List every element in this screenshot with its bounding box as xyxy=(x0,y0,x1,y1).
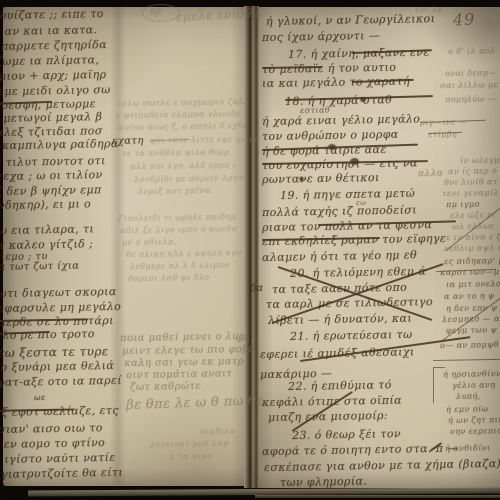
manuscript-line: αλλα xyxy=(418,169,443,179)
manuscript-line: ε τα ψιμο xyxy=(170,451,212,461)
manuscript-line: μειντ ελεγε τω πιο φοβο xyxy=(122,344,255,357)
manuscript-line: τον ανθρώπον ο μορφα xyxy=(262,128,399,143)
manuscript-line: τε τα ανάθλα ψιλα θερμ xyxy=(122,147,230,158)
manuscript-line: ωε xyxy=(34,393,46,402)
manuscript-line: ταερδε σε λυ πυτάρι xyxy=(0,314,114,329)
manuscript-line: 23. ό θεωρ ξέι τον xyxy=(292,427,401,442)
manuscript-line: γέλιο ανη xyxy=(452,380,495,390)
manuscript-line: σιαν' αισο οιω το xyxy=(0,421,103,436)
manuscript-line: καλη σαι γεω εκ ματρ xyxy=(124,356,244,369)
circled-mark xyxy=(142,4,180,22)
manuscript-line: ε φτιπαθεία ελαμπα γλωυδε xyxy=(116,109,241,120)
ink-blot xyxy=(299,177,304,181)
manuscript-line: ανδηκηρ), ει μι ο xyxy=(0,197,91,212)
manuscript-line: εμελε ενυλλε xyxy=(176,6,263,24)
strikethrough-stroke xyxy=(433,359,500,362)
manuscript-line: ή ων ζητ πιν xyxy=(448,415,500,425)
manuscript-line: ο— αν πομψθ xyxy=(440,340,499,350)
manuscript-line: τα ααρλ με σε τιλιωδεστιγο xyxy=(266,295,433,311)
manuscript-line: κεφάλι ότιπε στα οϊπία xyxy=(262,394,402,409)
manuscript-line: ς αν και ια κατα. xyxy=(0,23,98,38)
manuscript-line: τὸ μεϊδαϊε ή τον αυτιο xyxy=(262,61,396,76)
manuscript-line: ξ ιγίστο ναύτι νατίε xyxy=(0,451,116,466)
manuscript-line: καμπιλυγα ραίδηρα xyxy=(2,137,119,152)
manuscript-line: ω μετωγοί μεγαλ β xyxy=(0,110,102,125)
manuscript-line: τενι γεναμίλια xyxy=(442,188,500,198)
manuscript-line: ιφατ-αξε οτο ια παρεί xyxy=(0,374,122,389)
manuscript-line: ιτεχα ; ω οι τιλίον xyxy=(0,168,103,183)
manuscript-line: γεξ εφοτ ωελίαζε, ετς xyxy=(0,404,119,419)
manuscript-line: αν ίς περ ο xyxy=(448,166,497,176)
manuscript-line: 21. ή ερωτεύεσαι τω xyxy=(290,328,413,343)
strikethrough-stroke xyxy=(433,367,445,368)
manuscript-line: σαι λίλλω με xyxy=(440,80,498,90)
manuscript-line: ςλο xyxy=(236,335,250,343)
manuscript-line: οιντ πομάτια αναιτ xyxy=(126,368,232,381)
manuscript-line: νην εερεπιο xyxy=(450,426,500,436)
manuscript-line: εχατη xyxy=(112,135,144,147)
manuscript-line: ο παρμετε ζητηρίδα xyxy=(0,38,107,53)
manuscript-line: α τιλυτ ποντοτ οτι xyxy=(0,154,106,169)
manuscript-line: οτι διαγεωτ σκορια xyxy=(0,285,117,300)
manuscript-line: ίν ωλεγμό xyxy=(460,155,500,165)
manuscript-line: σιαδιλα xyxy=(200,426,235,436)
manuscript-line: ο μιον + αρχ; μαϊηρ xyxy=(0,68,107,83)
manuscript-line: ρωντανε αν θέτικοι xyxy=(262,171,380,186)
manuscript-line: πολλά ταχής ιζ ποποδείσι xyxy=(262,203,417,219)
manuscript-line: ια μιτ ονελο xyxy=(446,279,500,289)
manuscript-line: ες πιδηκαρ' μ xyxy=(444,256,500,266)
manuscript-line: αυτου αιως ξ, ο ασπλι δ εχθε xyxy=(118,121,248,132)
manuscript-line: εω ξεστα τε τυρε xyxy=(0,344,109,360)
manuscript-line: λεγεινατ μοδ λαψ xyxy=(150,439,229,449)
manuscript-line: εσκέπασε για ανθον με τα χήμα (βιαζα) xyxy=(264,457,500,474)
ink-blot xyxy=(350,158,359,165)
manuscript-line: πομηλύω — xyxy=(445,94,496,104)
margin-brace xyxy=(433,367,434,403)
manuscript-line: μιλο ρε πιο τροτο xyxy=(0,327,95,342)
manuscript-line: λίβετι — ή δυνατόν, και xyxy=(268,311,412,327)
manuscript-line: εμε μειδι ολιγο σω xyxy=(0,83,111,98)
manuscript-line: ια και μεγάλο το χαρατή xyxy=(262,74,410,90)
manuscript-line: λυπή, xyxy=(456,392,481,401)
manuscript-line: θαρεπι λαθ ψι δλο xyxy=(128,273,210,283)
manuscript-line: ή χαρά ειναι γέλιο μεγάλο xyxy=(262,112,420,128)
manuscript-line: θε πλικη αλλ ε οψηλη αγο xyxy=(126,248,242,259)
manuscript-line: ξ δεν β ψηίχν εμπ xyxy=(0,183,102,198)
manuscript-line: δα xyxy=(250,283,264,294)
manuscript-line: ονοι δεσμ— xyxy=(445,68,497,78)
manuscript-photo: πουίζατε ;; ειπε τος αν και ια κατα.ο πα… xyxy=(0,0,500,500)
ink-blot xyxy=(328,144,336,150)
manuscript-line: α εν αομο το φτίνο xyxy=(0,436,105,451)
manuscript-line: ο γιατρυτζοίτε θα είτι xyxy=(0,466,123,481)
manuscript-line: το ξυνάρι μεα θελιά xyxy=(0,359,114,374)
manuscript-line: να τωτ ζωτ ίχια xyxy=(0,260,79,273)
manuscript-line: ζωτ καθρώτε xyxy=(130,381,201,393)
manuscript-line: ή εμν οϊω xyxy=(446,404,488,414)
manuscript-line: ιπλω σωτλε ε σαχμωρια ζαλλ xyxy=(118,97,249,108)
manuscript-line: 22. ή επιθύμια τό xyxy=(288,378,392,393)
manuscript-line: ξτ καλεο γίτζιδ ; xyxy=(0,237,93,252)
manuscript-line: ε ιν αϊνα ε ξ xyxy=(446,232,500,242)
manuscript-line: μιαζη ενα μισομοίρ: xyxy=(268,409,388,424)
manuscript-line: πος ίχαν άρχοντι — xyxy=(262,29,380,44)
manuscript-line: λεθμερε αλ λ δ ελιμπο xyxy=(130,260,230,271)
ink-blot xyxy=(360,97,366,102)
manuscript-line: λερεξ αντ χαϊνα. xyxy=(138,186,213,196)
manuscript-line: ή ηρσιανθίνν ι xyxy=(443,369,500,379)
manuscript-line: ο δ' ιλ πολ xyxy=(448,46,495,56)
manuscript-line: αδιλ ξε λιγο ιμπο ο αωεδο xyxy=(120,224,237,235)
handwriting-layer: πουίζατε ;; ειπε τος αν και ια κατα.ο πα… xyxy=(0,0,500,500)
manuscript-line: των φλημορία. xyxy=(280,474,367,489)
manuscript-line: ποια μαθεί μενει ο λυρ xyxy=(120,331,245,344)
manuscript-line: α αν το η ψ xyxy=(444,291,495,301)
manuscript-line: θνι λινίθ ατ xyxy=(444,177,498,187)
manuscript-line: βε θπε λε ω θ πω θε xyxy=(126,393,264,413)
manuscript-line: πμ ιγμο xyxy=(446,199,480,209)
manuscript-line: ω εια τιλαρα, τι xyxy=(0,222,94,237)
manuscript-line: εφαρσυλε μη μεγάλο xyxy=(0,300,121,315)
manuscript-line: ή γλυκοί, ν αν Γεωργίλεικοι xyxy=(266,12,435,28)
manuscript-line: ή ανθιδίνι xyxy=(445,443,491,453)
manuscript-line: ζωμε ια πλίματα, xyxy=(0,53,99,68)
manuscript-line: του ευχαρίστησι — ετς να xyxy=(262,156,418,172)
manuscript-line: Γιπολειδι τι ωρηλε παίδηρ xyxy=(118,212,236,223)
manuscript-line: εμι λμ xyxy=(415,5,443,14)
manuscript-line: αλλ σοι λγο, αλδ ορμο ι xyxy=(130,160,236,171)
manuscript-line: με ο πθιελα, xyxy=(122,237,177,247)
manuscript-line: 19. ή πηγε σπετα μετώ xyxy=(280,187,415,202)
manuscript-line: λονδρίδι με σομειν λρητο xyxy=(134,173,248,184)
manuscript-line: ετίμβη xyxy=(428,129,457,139)
manuscript-line: πουίζατε ;; ειπε το xyxy=(0,7,104,22)
page-number: 49 xyxy=(453,9,476,29)
manuscript-line: αλαμεν ή ότι τα γέο ημ εθ xyxy=(262,248,417,264)
